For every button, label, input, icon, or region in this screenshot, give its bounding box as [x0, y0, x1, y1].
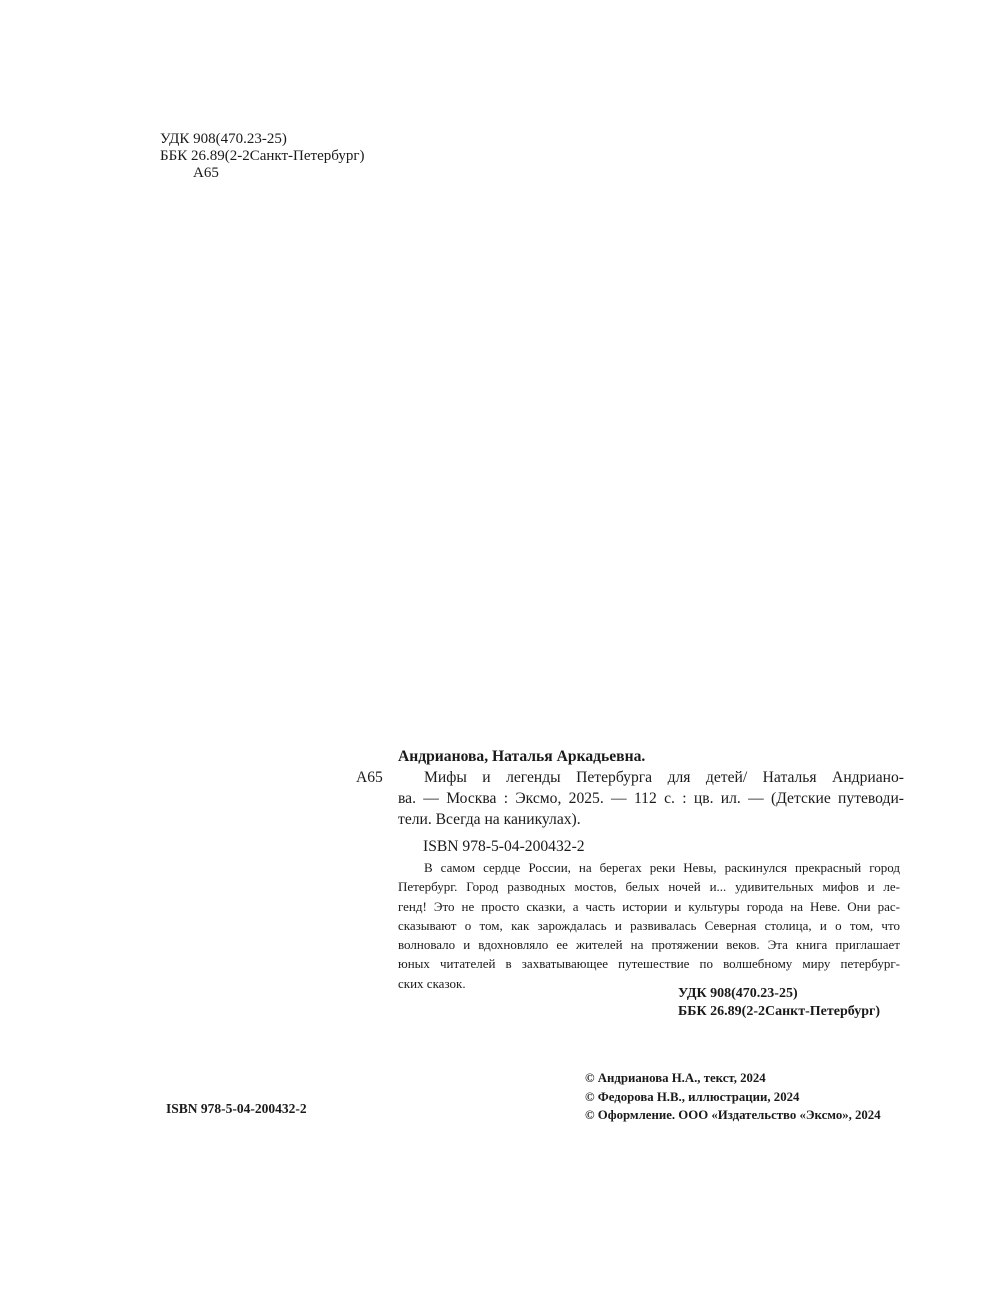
annotation-line: волновало и вдохновляло ее жителей на пр… [398, 935, 900, 954]
annotation-line: юных читателей в захватывающее путешеств… [398, 954, 900, 973]
description-line: тели. Всегда на каникулах). [398, 809, 904, 830]
record-isbn: ISBN 978-5-04-200432-2 [423, 838, 585, 856]
copyright-line: © Андрианова Н.А., текст, 2024 [585, 1069, 881, 1088]
record-author-sign: А65 [356, 767, 383, 788]
author-sign: А65 [160, 165, 364, 182]
bibliographic-record: Андрианова, Наталья Аркадьевна. А65 Мифы… [356, 746, 904, 830]
annotation: В самом сердце России, на берегах реки Н… [398, 858, 900, 993]
annotation-line: генд! Это не просто сказки, а часть исто… [398, 897, 900, 916]
copyright-line: © Федорова Н.В., иллюстрации, 2024 [585, 1088, 881, 1107]
annotation-line: В самом сердце России, на берегах реки Н… [398, 858, 900, 877]
annotation-line: Петербург. Город разводных мостов, белых… [398, 877, 900, 896]
copyright-line: © Оформление. ООО «Издательство «Эксмо»,… [585, 1106, 881, 1125]
bbk-code: ББК 26.89(2-2Санкт-Петербург) [160, 148, 364, 165]
bottom-classification: УДК 908(470.23-25) ББК 26.89(2-2Санкт-Пе… [678, 985, 880, 1021]
udk-code: УДК 908(470.23-25) [678, 985, 880, 1003]
copyright-block: © Андрианова Н.А., текст, 2024 © Федоров… [585, 1069, 881, 1125]
record-author: Андрианова, Наталья Аркадьевна. [356, 746, 904, 767]
description-line: ва. — Москва : Эксмо, 2025. — 112 с. : ц… [398, 788, 904, 809]
top-classification: УДК 908(470.23-25) ББК 26.89(2-2Санкт-Пе… [160, 131, 364, 182]
udk-code: УДК 908(470.23-25) [160, 131, 364, 148]
isbn-bottom: ISBN 978-5-04-200432-2 [166, 1101, 307, 1117]
description-line: Мифы и легенды Петербурга для детей/ Нат… [398, 767, 904, 788]
bbk-code: ББК 26.89(2-2Санкт-Петербург) [678, 1003, 880, 1021]
record-description: Мифы и легенды Петербурга для детей/ Нат… [398, 767, 904, 830]
annotation-line: сказывают о том, как зарождалась и разви… [398, 916, 900, 935]
